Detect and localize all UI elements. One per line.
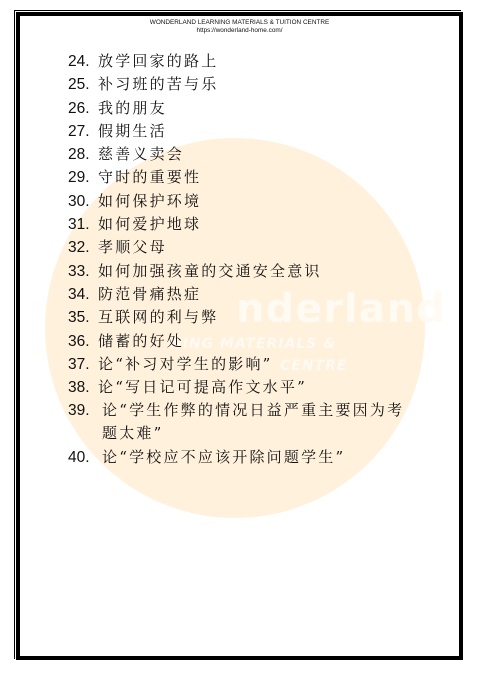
list-item: 39. 论“学生作弊的情况日益严重主要因为考题太难” (68, 399, 418, 446)
topic-title: 储蓄的好处 (98, 330, 418, 353)
list-item: 29. 守时的重要性 (68, 166, 418, 189)
topic-title: 论“学校应不应该开除问题学生” (102, 446, 412, 469)
topic-title: 论“写日记可提高作文水平” (98, 376, 418, 399)
topic-number: 25. (68, 73, 98, 96)
topic-number: 30. (68, 190, 98, 213)
header-url: https://wonderland-home.com/ (0, 27, 479, 35)
topic-title: 放学回家的路上 (98, 50, 418, 73)
essay-topic-list: 24. 放学回家的路上 25. 补习班的苦与乐 26. 我的朋友 27. 假期生… (68, 50, 418, 469)
topic-number: 26. (68, 97, 98, 120)
topic-number: 28. (68, 143, 98, 166)
list-item: 25. 补习班的苦与乐 (68, 73, 418, 96)
page-header: WONDERLAND LEARNING MATERIALS & TUITION … (0, 19, 479, 35)
topic-title: 防范骨痛热症 (98, 283, 418, 306)
list-item: 32. 孝顺父母 (68, 236, 418, 259)
topic-title: 补习班的苦与乐 (98, 73, 418, 96)
list-item: 40. 论“学校应不应该开除问题学生” (68, 446, 418, 469)
list-item: 26. 我的朋友 (68, 97, 418, 120)
list-item: 33. 如何加强孩童的交通安全意识 (68, 260, 418, 283)
topic-title: 我的朋友 (98, 97, 418, 120)
list-item: 35. 互联网的利与弊 (68, 306, 418, 329)
topic-number: 29. (68, 166, 98, 189)
topic-number: 35. (68, 306, 98, 329)
topic-number: 33. (68, 260, 98, 283)
header-organization: WONDERLAND LEARNING MATERIALS & TUITION … (0, 19, 479, 27)
topic-title: 论“补习对学生的影响” (98, 353, 418, 376)
topic-number: 27. (68, 120, 98, 143)
topic-title: 互联网的利与弊 (98, 306, 418, 329)
topic-title: 慈善义卖会 (98, 143, 418, 166)
list-item: 37. 论“补习对学生的影响” (68, 353, 418, 376)
list-item: 34. 防范骨痛热症 (68, 283, 418, 306)
list-item: 36. 储蓄的好处 (68, 330, 418, 353)
list-item: 24. 放学回家的路上 (68, 50, 418, 73)
list-item: 31. 如何爱护地球 (68, 213, 418, 236)
topic-title: 论“学生作弊的情况日益严重主要因为考题太难” (102, 399, 412, 445)
topic-title: 假期生活 (98, 120, 418, 143)
topic-number: 40. (68, 446, 98, 469)
topic-title: 如何加强孩童的交通安全意识 (98, 260, 418, 283)
topic-number: 38. (68, 376, 98, 399)
topic-number: 31. (68, 213, 98, 236)
topic-title: 如何爱护地球 (98, 213, 418, 236)
list-item: 30. 如何保护环境 (68, 190, 418, 213)
topic-number: 32. (68, 236, 98, 259)
topic-title: 守时的重要性 (98, 166, 418, 189)
topic-number: 39. (68, 399, 98, 422)
topic-number: 36. (68, 330, 98, 353)
topic-number: 34. (68, 283, 98, 306)
topic-title: 如何保护环境 (98, 190, 418, 213)
topic-title: 孝顺父母 (98, 236, 418, 259)
list-item: 28. 慈善义卖会 (68, 143, 418, 166)
topic-number: 37. (68, 353, 98, 376)
topic-number: 24. (68, 50, 98, 73)
list-item: 27. 假期生活 (68, 120, 418, 143)
list-item: 38. 论“写日记可提高作文水平” (68, 376, 418, 399)
